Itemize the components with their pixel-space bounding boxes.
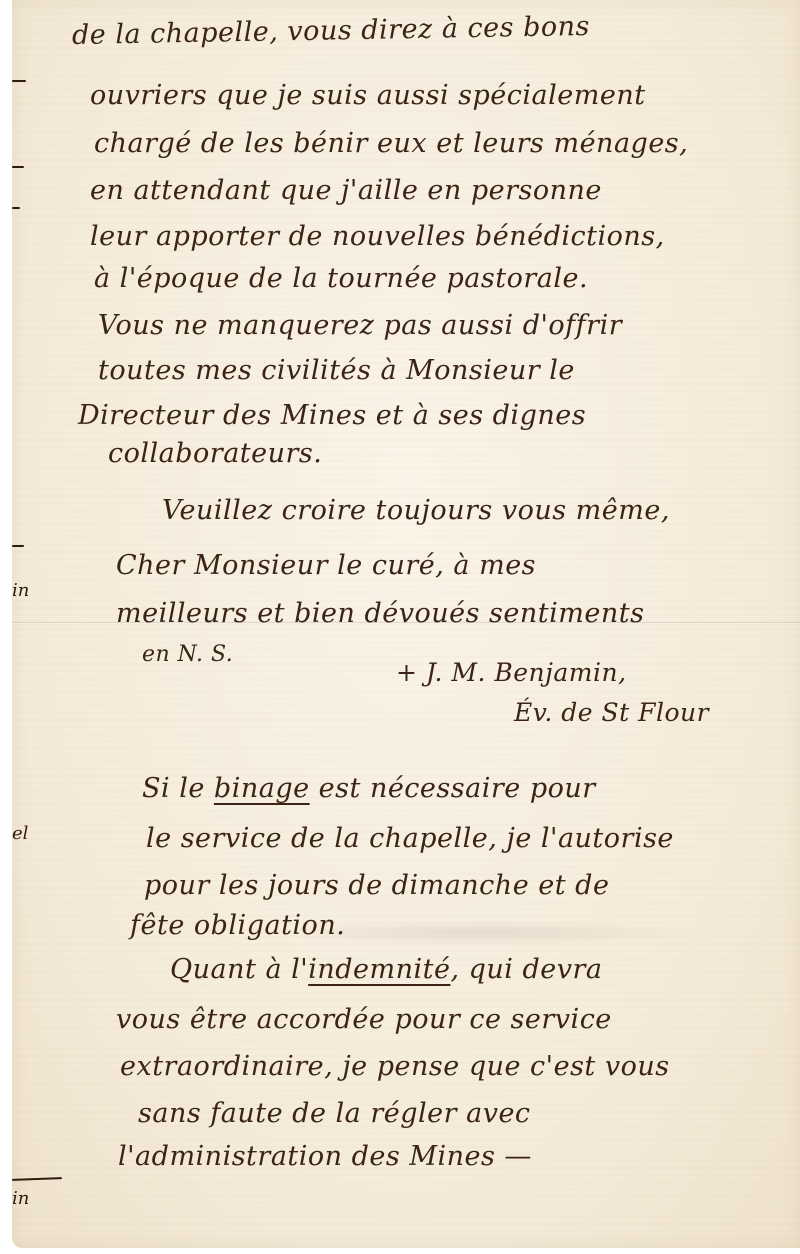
postscript-line: sans faute de la régler avec [138,1100,531,1127]
margin-mark [12,166,24,168]
margin-mark [12,545,24,547]
postscript-line: le service de la chapelle, je l'autorise [146,825,674,852]
postscript-line: Quant à l'indemnité, qui devra [170,956,603,983]
margin-mark-text: in [12,582,29,600]
letter-line: Vous ne manquerez pas aussi d'offrir [98,312,622,339]
postscript-line: vous être accordée pour ce service [116,1006,612,1033]
postscript-line: pour les jours de dimanche et de [144,872,609,899]
letter-line: à l'époque de la tournée pastorale. [94,265,588,292]
closing-line: Cher Monsieur le curé, à mes [116,552,536,579]
letter-line: toutes mes civilités à Monsieur le [98,357,575,384]
closing-line: Veuillez croire toujours vous même, [162,497,670,524]
postscript-line: l'administration des Mines — [118,1143,532,1170]
letter-line: ouvriers que je suis aussi spécialement [90,82,646,109]
postscript-line: Si le binage est nécessaire pour [142,775,596,802]
letter-line: leur apporter de nouvelles bénédictions, [90,223,665,250]
underlined-word: binage [214,773,310,804]
underlined-word: indemnité [308,954,450,985]
letter-line: Directeur des Mines et à ses dignes [78,402,586,429]
letter-line: chargé de les bénir eux et leurs ménages… [94,130,688,157]
postscript-text: est nécessaire pour [310,773,596,804]
postscript-text: , qui devra [450,954,602,985]
margin-mark-text: el [12,825,28,843]
postscript-text: Si le [142,773,214,804]
signature-name: + J. M. Benjamin, [396,660,627,685]
margin-mark [12,207,20,209]
closing-line: en N. S. [142,644,233,666]
postscript-line: extraordinaire, je pense que c'est vous [120,1053,670,1080]
margin-mark-text: in [12,1190,29,1208]
postscript-text: Quant à l' [170,954,308,985]
letter-line: collaborateurs. [108,440,322,467]
postscript-line: fête obligation. [130,912,345,939]
letter-line: de la chapelle, vous direz à ces bons [72,13,590,49]
signature-title: Év. de St Flour [514,700,709,725]
margin-mark [12,1177,62,1181]
letter-page: in el in de la chapelle, vous direz à ce… [12,0,800,1248]
closing-line: meilleurs et bien dévoués sentiments [116,600,644,627]
letter-line: en attendant que j'aille en personne [90,177,602,204]
margin-mark [12,80,26,82]
